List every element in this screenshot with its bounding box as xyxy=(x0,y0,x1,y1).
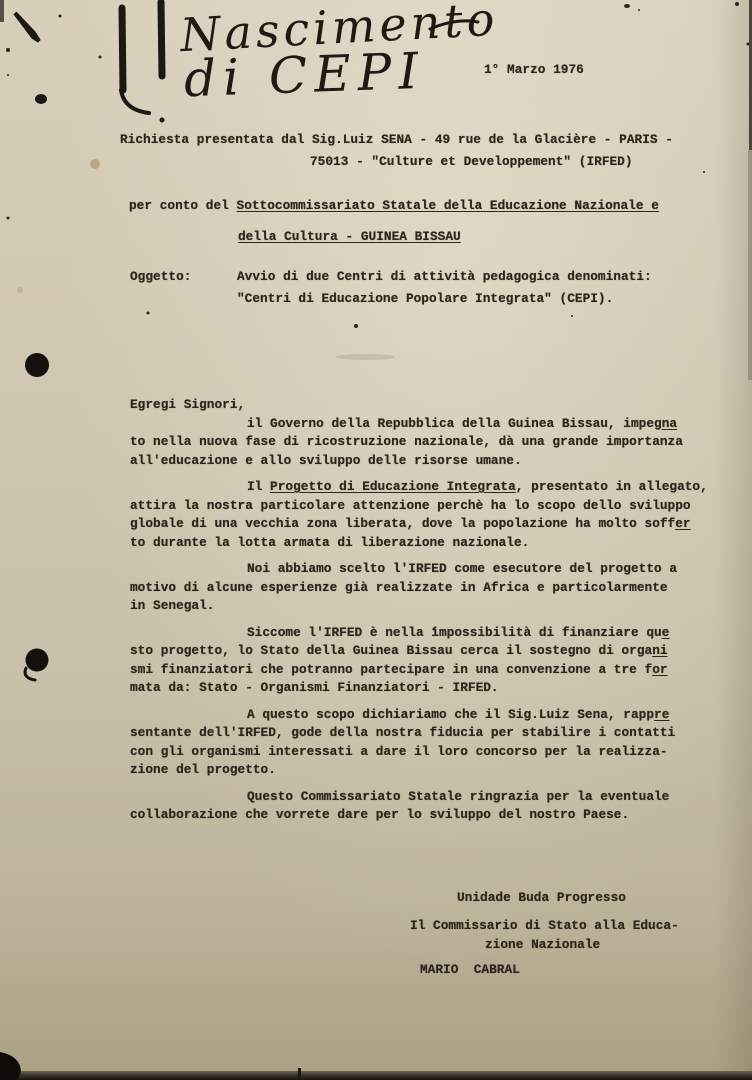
signature-title-line-1: Il Commissario di Stato alla Educa- xyxy=(410,917,679,936)
body-line: to durante la lotta armata di liberazion… xyxy=(130,534,710,553)
pen-bar-1 xyxy=(122,8,123,90)
paragraph: Egregi Signori,il Governo della Repubbli… xyxy=(130,396,710,470)
body-line: globale di una vecchia zona liberata, do… xyxy=(130,515,710,534)
subject-line-1: Avvio di due Centri di attività pedagogi… xyxy=(237,268,652,287)
subject-label: Oggetto: xyxy=(130,268,191,287)
signature-name: MARIO CABRAL xyxy=(420,961,520,980)
request-line-1: Richiesta presentata dal Sig.Luiz SENA -… xyxy=(120,131,673,150)
paper-stain xyxy=(90,159,100,169)
subject-line-2: "Centri di Educazione Popolare Integrata… xyxy=(237,290,613,309)
body-line: A questo scopo dichiariamo che il Sig.Lu… xyxy=(130,706,710,725)
hole-punch-top xyxy=(25,353,49,377)
body-line: sto progetto, lo Stato della Guinea Biss… xyxy=(130,642,710,661)
bottom-scan-band xyxy=(0,1071,752,1080)
body-line: to nella nuova fase di ricostruzione naz… xyxy=(130,433,710,452)
request-line-2: 75013 - "Culture et Developpement" (IRFE… xyxy=(310,153,633,172)
body-line: Egregi Signori, xyxy=(130,396,710,415)
body-line: Il Progetto di Educazione Integrata, pre… xyxy=(130,478,710,497)
body-line: Siccome l'IRFED è nella impossibilità di… xyxy=(130,624,710,643)
hole-punch-tail xyxy=(25,668,35,680)
left-edge-mark xyxy=(0,0,4,22)
bottom-tick xyxy=(298,1068,301,1078)
pen-dot xyxy=(160,118,165,123)
paper-stain xyxy=(17,287,23,293)
signature-title-line-2: zione Nazionale xyxy=(485,936,600,955)
body-line: zione del progetto. xyxy=(130,761,710,780)
body-line: smi finanziatori che potranno partecipar… xyxy=(130,661,710,680)
body-line: Questo Commissariato Statale ringrazia p… xyxy=(130,788,710,807)
paragraph: Noi abbiamo scelto l'IRFED come esecutor… xyxy=(130,560,710,616)
body-paragraphs: Egregi Signori,il Governo della Repubbli… xyxy=(130,396,710,833)
paragraph: Il Progetto di Educazione Integrata, pre… xyxy=(130,478,710,552)
per-conto-line-2: della Cultura - GUINEA BISSAU xyxy=(238,228,461,247)
handwritten-title-line2: di CEPI xyxy=(183,42,426,108)
body-line: sentante dell'IRFED, gode della nostra f… xyxy=(130,724,710,743)
body-line: con gli organismi interessati a dare il … xyxy=(130,743,710,762)
document-page: Nascimento di CEPI 1° Marzo 1976 Richies… xyxy=(0,0,752,1080)
typed-date: 1° Marzo 1976 xyxy=(484,61,584,80)
right-edge-faint xyxy=(748,150,752,380)
body-line: in Senegal. xyxy=(130,597,710,616)
body-line: all'educazione e allo sviluppo delle ris… xyxy=(130,452,710,471)
hole-punch-bottom xyxy=(26,649,49,672)
body-line: attira la nostra particolare attenzione … xyxy=(130,497,710,516)
body-line: mata da: Stato - Organismi Finanziatori … xyxy=(130,679,710,698)
body-line: Noi abbiamo scelto l'IRFED come esecutor… xyxy=(130,560,710,579)
body-line: il Governo della Repubblica della Guinea… xyxy=(130,415,710,434)
paper-smudge xyxy=(335,354,395,360)
pen-bar-1-hook xyxy=(121,90,149,113)
bottom-left-blob xyxy=(0,1052,21,1080)
ink-blob xyxy=(35,94,47,104)
pen-stroke-diagonal xyxy=(15,13,39,41)
pen-bar-2 xyxy=(161,2,162,76)
signature-motto: Unidade Buda Progresso xyxy=(457,889,626,908)
per-conto-line-1: per conto del Sottocommissariato Statale… xyxy=(129,197,659,216)
body-line: motivo di alcune esperienze già realizza… xyxy=(130,579,710,598)
paragraph: A questo scopo dichiariamo che il Sig.Lu… xyxy=(130,706,710,780)
paragraph: Questo Commissariato Statale ringrazia p… xyxy=(130,788,710,825)
paragraph: Siccome l'IRFED è nella impossibilità di… xyxy=(130,624,710,698)
body-line: collaborazione che vorrete dare per lo s… xyxy=(130,806,710,825)
